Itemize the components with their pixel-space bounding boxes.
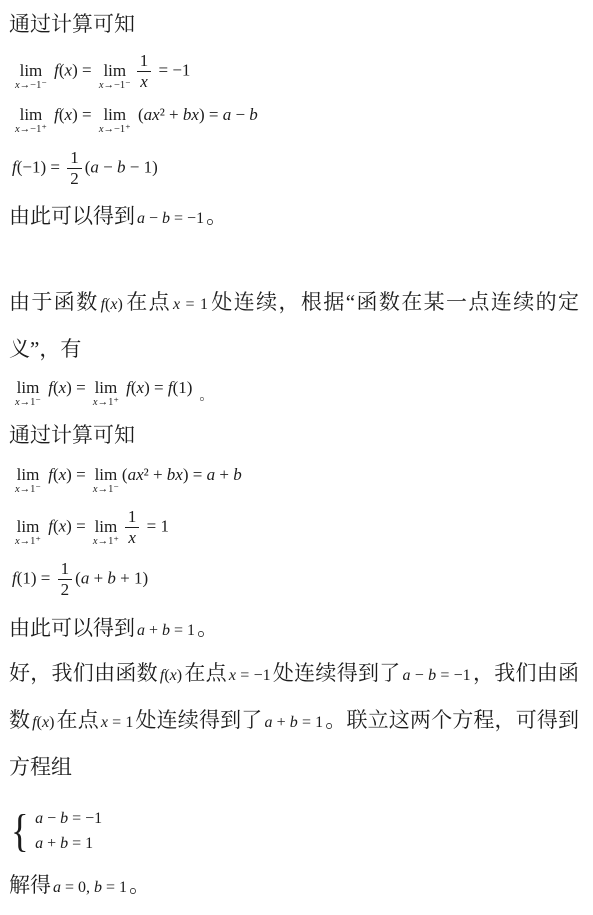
fraction: 1x — [137, 52, 152, 91]
inline-math: f(x) — [32, 714, 54, 731]
math-literal: + 1) — [116, 568, 148, 587]
math-literal: 1 — [61, 559, 70, 578]
chinese-text: 解得 — [9, 873, 51, 897]
fraction-denominator: 2 — [70, 169, 79, 188]
fraction-numerator: 1 — [137, 52, 152, 72]
chinese-text: 处连续得到了 — [135, 708, 262, 732]
math-variable: a — [35, 835, 43, 852]
statement-conclusion-a-minus-b: 由此可以得到a − b = −1。 — [9, 200, 579, 233]
math-literal: − — [99, 157, 117, 176]
math-literal: ( — [134, 105, 144, 124]
math-literal: ) = — [144, 378, 168, 397]
math-text: f(x) = — [44, 378, 90, 397]
math-text: (a + b + 1) — [75, 568, 148, 587]
math-text: = −1 — [154, 61, 190, 80]
limit-subscript: x→1⁻ — [15, 398, 41, 409]
math-literal: 1 — [140, 51, 149, 70]
math-variable: x — [140, 72, 148, 91]
math-literal: ) — [49, 714, 54, 731]
formula-f-1: f(1) = 12(a + b + 1) — [12, 560, 579, 599]
heading-calc-1: 通过计算可知 — [9, 9, 579, 39]
heading-calc-2: 通过计算可知 — [9, 420, 579, 450]
math-literal: ) = — [199, 105, 223, 124]
math-variable: x — [170, 667, 177, 684]
lim-word: lim — [20, 106, 43, 123]
limit-subscript: x→−1⁺ — [15, 125, 47, 136]
fraction-numerator: 1 — [58, 560, 73, 580]
math-literal: = 1 — [180, 296, 208, 313]
document: 通过计算可知limx→−1⁻ f(x) = limx→−1⁻1x = −1lim… — [0, 0, 593, 915]
math-variable: b — [94, 879, 102, 896]
math-text: f(x) = — [44, 517, 90, 536]
system-equation: a − b = −1 — [35, 806, 102, 832]
math-literal: + — [145, 622, 162, 639]
math-literal: 1 — [70, 148, 79, 167]
limit-subscript: x→1⁺ — [15, 537, 41, 548]
math-literal: + — [89, 568, 107, 587]
math-literal: = −1 — [236, 667, 271, 684]
math-literal: →−1⁻ — [20, 80, 47, 91]
chinese-text: 。 — [206, 204, 227, 228]
math-variable: b — [162, 622, 170, 639]
chinese-text: 。 — [129, 873, 150, 897]
math-literal: →1⁻ — [20, 484, 41, 495]
formula-lim-left-minus1: limx→−1⁻ f(x) = limx→−1⁻1x = −1 — [12, 52, 579, 91]
limit-operator: limx→1⁻ — [15, 379, 41, 409]
limit-subscript: x→−1⁺ — [99, 125, 131, 136]
math-literal: + — [272, 714, 289, 731]
math-text: (ax² + bx) = a + b — [122, 465, 242, 484]
fraction-numerator: 1 — [67, 149, 82, 169]
math-variable: a — [53, 879, 61, 896]
math-literal: →−1⁺ — [20, 124, 47, 135]
limit-operator: limx→−1⁻ — [15, 62, 47, 92]
math-variable: ax — [128, 465, 144, 484]
math-literal: − — [411, 667, 429, 684]
math-literal: = 1 — [102, 879, 127, 896]
math-literal: = −1 — [170, 210, 204, 227]
chinese-text: 在点 — [125, 290, 171, 314]
math-text: f(x) = — [44, 465, 90, 484]
inline-math: a + b = 1 — [264, 714, 323, 731]
chinese-text: 在点 — [184, 661, 227, 685]
math-literal: →1⁺ — [20, 536, 41, 547]
math-literal: − 1) — [126, 157, 158, 176]
inline-math: f(x) — [101, 296, 123, 313]
fraction: 12 — [67, 149, 82, 188]
math-variable: b — [162, 210, 170, 227]
math-literal: − — [43, 810, 60, 827]
inline-math: a + b = 1 — [137, 622, 195, 639]
math-literal: →1⁻ — [20, 397, 41, 408]
paragraph-continuity-at-1: 由于函数f(x)在点x = 1处连续，根据“函数在某一点连续的定义”，有 — [9, 279, 579, 373]
math-literal: ) — [177, 667, 182, 684]
math-text: f(x) = f(1) — [122, 378, 193, 397]
math-variable: a — [137, 210, 145, 227]
math-literal: = −1 — [154, 61, 190, 80]
math-literal: 1 — [128, 507, 137, 526]
math-literal: 2 — [70, 169, 79, 188]
inline-math: f(x) — [160, 667, 182, 684]
lim-word: lim — [95, 466, 118, 483]
opening-brace: { — [11, 808, 29, 854]
math-literal: ² + — [160, 105, 183, 124]
math-literal: = 1 — [142, 517, 169, 536]
math-literal: ) = — [66, 465, 90, 484]
math-literal: − — [231, 105, 249, 124]
limit-subscript: x→1⁻ — [15, 485, 41, 496]
math-variable: b — [60, 810, 68, 827]
lim-word: lim — [103, 106, 126, 123]
math-variable: bx — [183, 105, 199, 124]
math-variable: a — [207, 465, 216, 484]
math-literal: + — [215, 465, 233, 484]
math-literal: (1) — [173, 378, 193, 397]
math-literal: = 1 — [298, 714, 323, 731]
fraction: 1x — [125, 508, 140, 547]
chinese-text: 好，我们由函数 — [9, 661, 158, 685]
math-variable: x — [137, 378, 145, 397]
inline-math: a = 0, b = 1 — [53, 879, 127, 896]
chinese-text: 在点 — [56, 708, 98, 732]
inline-math: a − b = −1 — [403, 667, 471, 684]
statement-solution: 解得a = 0, b = 1。 — [9, 869, 579, 902]
math-variable: a — [403, 667, 411, 684]
math-variable: bx — [167, 465, 183, 484]
math-literal: ) = — [66, 517, 90, 536]
limit-operator: limx→−1⁻ — [99, 62, 131, 92]
math-text: f(x) = — [50, 105, 96, 124]
math-literal: ² + — [144, 465, 167, 484]
inline-math: a − b = −1 — [137, 210, 204, 227]
math-variable: b — [117, 157, 126, 176]
formula-lim-right-minus1: limx→−1⁺ f(x) = limx→−1⁺ (ax² + bx) = a … — [12, 104, 579, 136]
paragraph-combine-equations: 好，我们由函数f(x)在点x = −1处连续得到了a − b = −1，我们由函… — [9, 650, 579, 791]
math-text: = 1 — [142, 517, 169, 536]
math-literal: →1⁺ — [98, 397, 119, 408]
math-text: f(x) = — [50, 61, 96, 80]
lim-word: lim — [95, 518, 118, 535]
math-literal: →−1⁺ — [104, 124, 131, 135]
math-variable: a — [223, 105, 232, 124]
fraction: 12 — [58, 560, 73, 599]
math-literal: = 0, — [61, 879, 94, 896]
chinese-text: 由此可以得到 — [9, 204, 135, 228]
math-variable: a — [137, 622, 145, 639]
limit-operator: limx→−1⁺ — [99, 106, 131, 136]
math-literal: 2 — [61, 580, 70, 599]
math-literal: ) = — [72, 61, 96, 80]
math-variable: b — [428, 667, 436, 684]
math-variable: x — [101, 714, 108, 731]
lim-word: lim — [95, 379, 118, 396]
math-literal: →−1⁻ — [104, 80, 131, 91]
math-text: (a − b − 1) — [85, 157, 158, 176]
fraction-denominator: x — [140, 72, 148, 91]
lim-word: lim — [103, 62, 126, 79]
lim-word: lim — [17, 518, 40, 535]
system-equation: a + b = 1 — [35, 831, 102, 857]
limit-operator: limx→1⁺ — [93, 518, 119, 548]
formula-continuity-definition: limx→1⁻ f(x) = limx→1⁺ f(x) = f(1)。 — [12, 377, 579, 409]
math-variable: b — [290, 714, 298, 731]
math-variable: ax — [144, 105, 160, 124]
math-literal: ) — [117, 296, 122, 313]
limit-subscript: x→−1⁻ — [15, 81, 47, 92]
limit-operator: limx→1⁺ — [15, 518, 41, 548]
math-variable: b — [107, 568, 116, 587]
limit-operator: limx→−1⁺ — [15, 106, 47, 136]
formula-f-minus1: f(−1) = 12(a − b − 1) — [12, 149, 579, 188]
trailing-period: 。 — [199, 389, 213, 404]
equation-system: {a − b = −1a + b = 1 — [11, 806, 579, 857]
math-literal: ) = — [66, 378, 90, 397]
math-literal: ) = — [183, 465, 207, 484]
math-text: f(1) = — [12, 568, 55, 587]
math-text: f(−1) = — [12, 157, 64, 176]
chinese-text: 。 — [197, 616, 218, 640]
lim-word: lim — [20, 62, 43, 79]
math-literal: (−1) = — [17, 157, 65, 176]
math-variable: x — [229, 667, 236, 684]
chinese-text: 处连续得到了 — [273, 661, 401, 685]
math-variable: b — [233, 465, 242, 484]
math-literal: − — [145, 210, 162, 227]
math-literal: = 1 — [68, 835, 93, 852]
formula-lim-right-1: limx→1⁺ f(x) = limx→1⁺1x = 1 — [12, 508, 579, 547]
limit-subscript: x→1⁺ — [93, 398, 119, 409]
lim-word: lim — [17, 379, 40, 396]
math-variable: a — [90, 157, 99, 176]
math-literal: + — [43, 835, 60, 852]
limit-operator: limx→1⁺ — [93, 379, 119, 409]
formula-lim-left-1: limx→1⁻ f(x) = limx→1⁻(ax² + bx) = a + b — [12, 464, 579, 496]
math-literal: = 1 — [108, 714, 133, 731]
math-variable: b — [60, 835, 68, 852]
limit-operator: limx→1⁻ — [15, 466, 41, 496]
math-variable: x — [128, 528, 136, 547]
limit-operator: limx→1⁻ — [93, 466, 119, 496]
math-variable: x — [42, 714, 49, 731]
fraction-denominator: 2 — [61, 580, 70, 599]
limit-subscript: x→−1⁻ — [99, 81, 131, 92]
inline-math: x = 1 — [173, 296, 208, 313]
chinese-text: 由于函数 — [9, 290, 99, 314]
fraction-denominator: x — [128, 528, 136, 547]
math-variable: b — [249, 105, 258, 124]
math-variable: x — [65, 105, 73, 124]
math-literal: = −1 — [68, 810, 102, 827]
chinese-text: 由此可以得到 — [9, 616, 135, 640]
fraction-numerator: 1 — [125, 508, 140, 528]
inline-math: x = 1 — [101, 714, 133, 731]
lim-word: lim — [17, 466, 40, 483]
math-literal: (1) = — [17, 568, 55, 587]
math-literal: = −1 — [436, 667, 471, 684]
math-variable: x — [65, 61, 73, 80]
limit-subscript: x→1⁺ — [93, 537, 119, 548]
limit-subscript: x→1⁻ — [93, 485, 119, 496]
inline-math: x = −1 — [229, 667, 271, 684]
math-variable: a — [35, 810, 43, 827]
system-equations: a − b = −1a + b = 1 — [35, 806, 102, 857]
math-text: (ax² + bx) = a − b — [134, 105, 258, 124]
math-literal: = 1 — [170, 622, 195, 639]
math-literal: →1⁺ — [98, 536, 119, 547]
math-literal: →1⁻ — [98, 484, 119, 495]
math-literal: ) = — [72, 105, 96, 124]
statement-conclusion-a-plus-b: 由此可以得到a + b = 1。 — [9, 612, 579, 645]
